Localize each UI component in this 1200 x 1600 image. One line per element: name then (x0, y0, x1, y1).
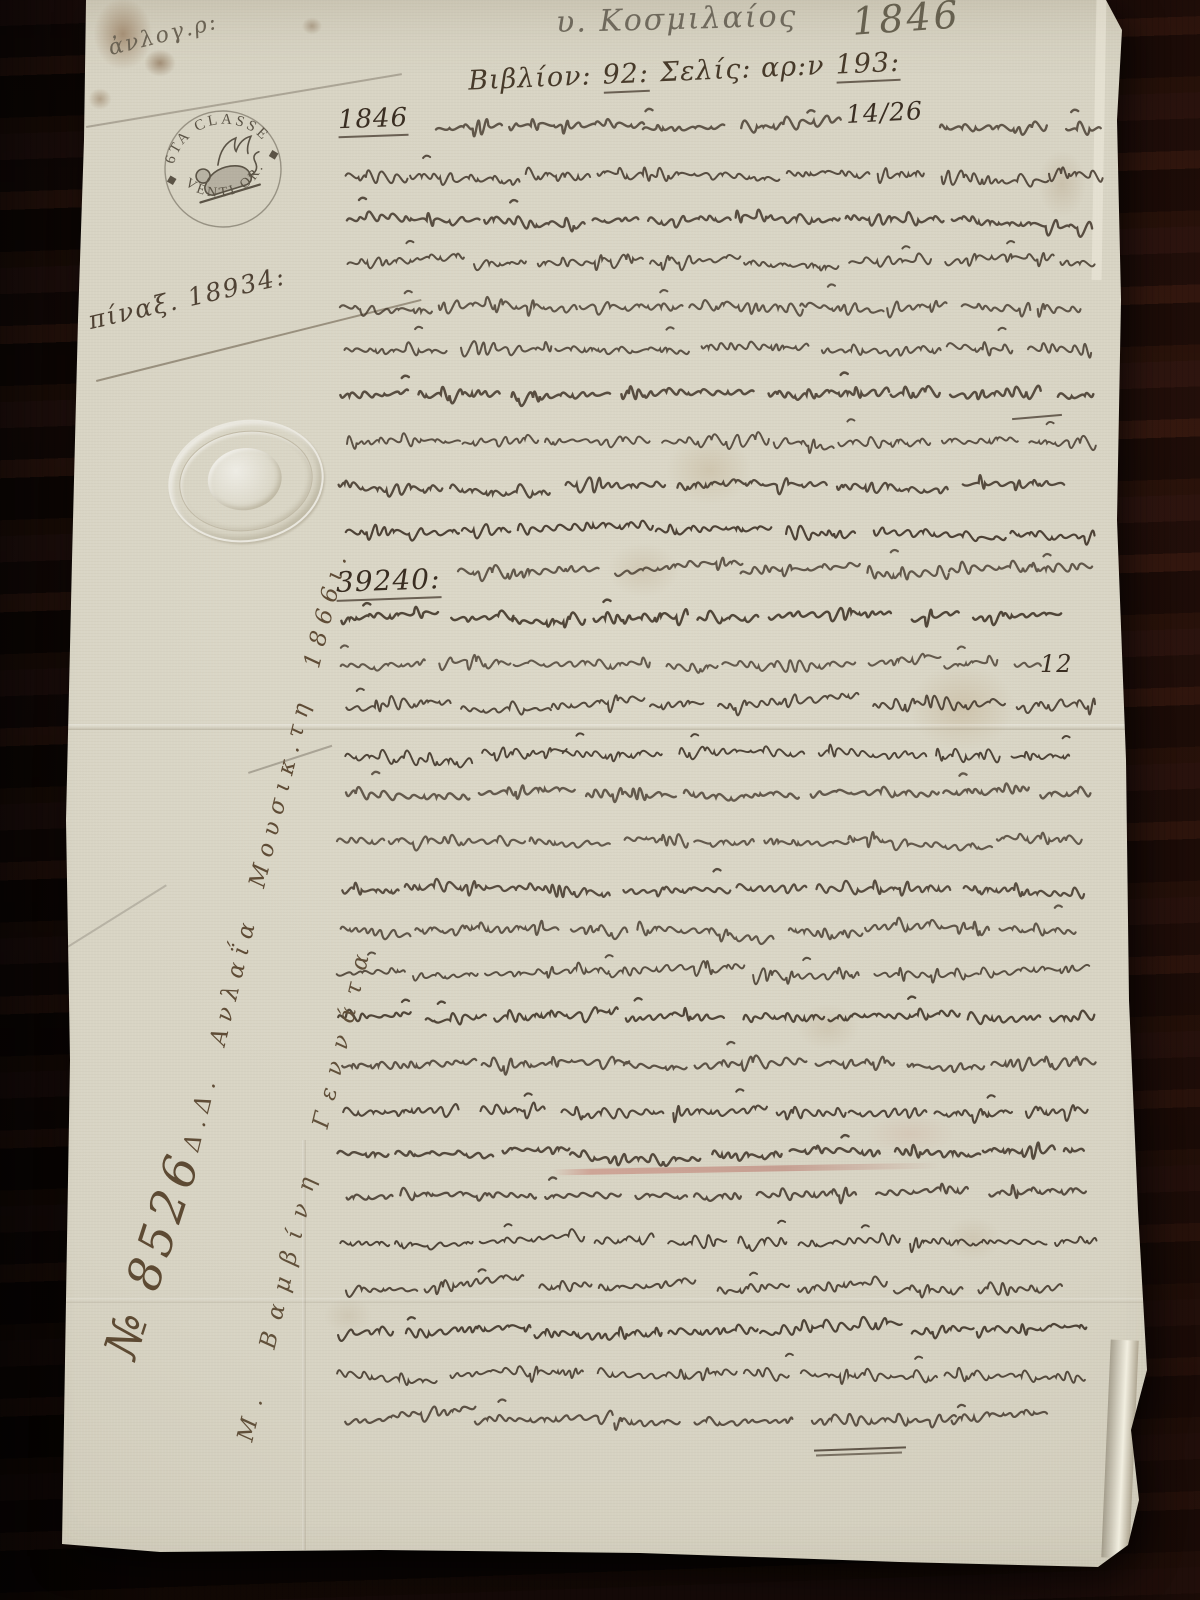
index-annotation: πίναξ. 18934: (85, 261, 288, 335)
fold-crease-horizontal (60, 1298, 1150, 1303)
body-clause-token: 12 (1040, 650, 1073, 678)
stain (892, 650, 1032, 765)
handwriting-line (345, 1400, 1047, 1430)
stain (1030, 140, 1094, 228)
margin-number: № 8526 (94, 1143, 213, 1365)
body-date-token: 14/26 (845, 96, 923, 129)
handwriting-line (339, 475, 1065, 497)
svg-text:6TA CLASSE: 6TA CLASSE (154, 100, 275, 169)
registry-page-number: 193: (835, 47, 901, 84)
abbreviation-overline (1012, 414, 1062, 420)
ink-underline (816, 1451, 902, 1456)
ink-underline (814, 1446, 906, 1451)
stain (84, 84, 116, 114)
handwriting-line (346, 1269, 1062, 1297)
body-opening-year: 1846 (337, 103, 408, 138)
handwriting-line (347, 419, 1096, 453)
handwriting-line (436, 109, 1101, 136)
stain (850, 1108, 970, 1160)
handwriting-line (342, 1042, 1095, 1075)
stain (316, 1292, 380, 1340)
handwriting-line (340, 284, 1081, 317)
handwriting-line (338, 1135, 1084, 1166)
handwriting-line (337, 952, 1089, 984)
handwriting-line (347, 198, 1092, 237)
handwriting-line (346, 156, 1103, 187)
handwriting-line (338, 1317, 1086, 1341)
photo-of-document: υ. Κοσμιλαίος 1846 Βιβλίον:92:Σελίς: αρ:… (0, 0, 1200, 1600)
red-pencil-underline (552, 1163, 940, 1176)
right-edge-fold-highlight (1101, 1339, 1138, 1558)
handwriting-line (345, 733, 1069, 767)
handwriting-line (340, 373, 1093, 406)
handwriting-line (337, 1354, 1085, 1385)
handwriting-line (341, 906, 1076, 944)
stamp-dot-right (269, 150, 279, 160)
stain (936, 1210, 1010, 1268)
handwriting-line (347, 1177, 1086, 1203)
pencil-year: 1846 (851, 0, 963, 44)
stain (298, 14, 326, 38)
handwriting-line (343, 1089, 1087, 1123)
handwriting-line (346, 772, 1090, 802)
corner-annotation: ἀνλογ.ρ: (106, 10, 221, 61)
stamp-dot-left (167, 175, 177, 185)
margin-inscription-line2: Μ. Βαμβίνη Γεννάτα (233, 939, 378, 1444)
document-paper: υ. Κοσμιλαίος 1846 Βιβλίον:92:Σελίς: αρ:… (0, 0, 1200, 1600)
stain (786, 996, 870, 1058)
handwriting-line (337, 832, 1082, 850)
stain (652, 424, 767, 516)
stamp-upper-text: 6TA CLASSE (154, 100, 275, 169)
handwriting-line (346, 521, 1095, 545)
pencil-stroke (64, 884, 167, 949)
registry-page-label: Σελίς: αρ:ν (659, 50, 825, 88)
pencil-inscription: υ. Κοσμιλαίος (556, 0, 798, 40)
registry-book-number: 92: (602, 58, 650, 94)
handwriting-line (340, 1221, 1096, 1252)
body-sum-token: 39240: (335, 562, 441, 602)
handwriting-line (345, 327, 1092, 358)
embossed-seal (160, 410, 331, 553)
handwriting-line (458, 550, 1092, 581)
handwriting-line (346, 689, 1095, 716)
handwriting-line (342, 869, 1084, 898)
revenue-stamp: 6TA CLASSE VENTI OR. (142, 88, 304, 250)
handwriting-line (341, 600, 1061, 628)
handwriting-line (348, 241, 1095, 271)
handwriting-line (338, 997, 1094, 1025)
handwriting-line (341, 646, 1041, 673)
fold-crease-horizontal (60, 724, 1150, 730)
registry-heading: Βιβλίον:92:Σελίς: αρ:ν193: (468, 46, 912, 96)
right-edge-highlight (1092, 0, 1107, 280)
registry-book-label: Βιβλίον: (468, 60, 593, 96)
stain (596, 534, 691, 606)
paper-shadow-wrap: υ. Κοσμιλαίος 1846 Βιβλίον:92:Σελίς: αρ:… (0, 0, 1200, 1600)
